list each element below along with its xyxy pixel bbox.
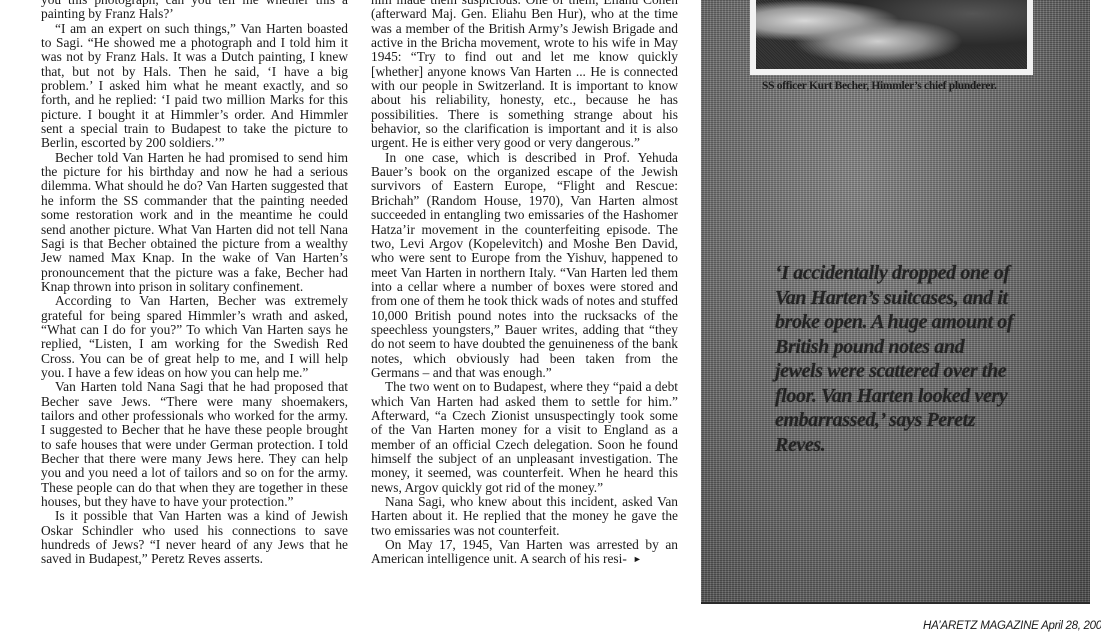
article-column-1: you this photograph, can you tell me whe… [41,0,348,567]
paragraph: him made them suspicious. One of them, E… [371,0,678,151]
publication-date: April 28, 2000 [1041,620,1101,632]
publication-name: HA’ARETZ MAGAZINE [923,620,1039,632]
paragraph: Van Harten told Nana Sagi that he had pr… [41,380,348,509]
sidebar-box: SS officer Kurt Becher, Himmler’s chief … [701,0,1090,604]
paragraph: According to Van Harten, Becher was extr… [41,294,348,380]
photo-frame [750,0,1033,75]
paragraph: Nana Sagi, who knew about this incident,… [371,495,678,538]
paragraph-last: On May 17, 1945, Van Harten was arrested… [371,538,678,567]
pull-quote: ‘I accidentally dropped one of Van Harte… [775,261,1015,457]
paragraph: Becher told Van Harten he had promised t… [41,151,348,294]
paragraph: “I am an expert on such things,” Van Har… [41,22,348,151]
paragraph: Is it possible that Van Harten was a kin… [41,509,348,566]
paragraph: you this photograph, can you tell me whe… [41,0,348,22]
becher-photo [756,0,1027,69]
article-column-2: him made them suspicious. One of them, E… [371,0,678,567]
paragraph: The two went on to Budapest, where they … [371,380,678,495]
paragraph-text: On May 17, 1945, Van Harten was arrested… [371,537,678,566]
paragraph: In one case, which is described in Prof.… [371,151,678,381]
photo-caption: SS officer Kurt Becher, Himmler’s chief … [762,81,1002,92]
page-footer: HA’ARETZ MAGAZINE April 28, 2000 [923,620,1101,632]
continued-arrow-icon: ► [633,554,642,564]
